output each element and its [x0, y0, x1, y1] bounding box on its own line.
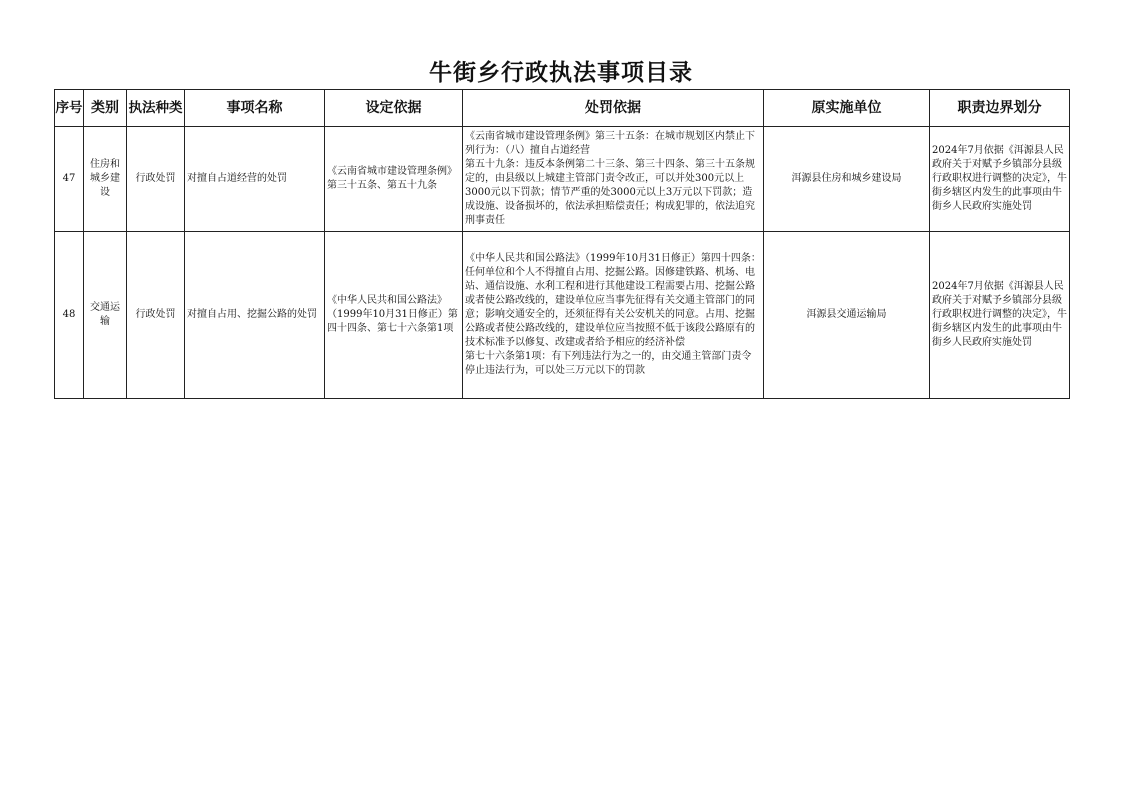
header-responsibility: 职责边界划分 — [930, 90, 1070, 127]
cell-category: 交通运输 — [84, 232, 127, 399]
header-original-unit: 原实施单位 — [764, 90, 930, 127]
penalty-basis-paragraph: 《中华人民共和国公路法》（1999年10月31日修正）第四十四条：任何单位和个人… — [465, 252, 761, 350]
cell-seq: 48 — [55, 232, 84, 399]
cell-enforcement-type: 行政处罚 — [127, 127, 185, 232]
page-title: 牛街乡行政执法事项目录 — [0, 58, 1122, 88]
cell-seq: 47 — [55, 127, 84, 232]
cell-category: 住房和城乡建设 — [84, 127, 127, 232]
header-row: 序号 类别 执法种类 事项名称 设定依据 处罚依据 原实施单位 职责边界划分 — [55, 90, 1070, 127]
header-enforcement-type: 执法种类 — [127, 90, 185, 127]
penalty-basis-paragraph: 《云南省城市建设管理条例》第三十五条：在城市规划区内禁止下列行为：（八）擅自占道… — [465, 130, 761, 158]
header-penalty-basis: 处罚依据 — [463, 90, 764, 127]
table-row: 47 住房和城乡建设 行政处罚 对擅自占道经营的处罚 《云南省城市建设管理条例》… — [55, 127, 1070, 232]
cell-enforcement-type: 行政处罚 — [127, 232, 185, 399]
penalty-basis-paragraph: 第七十六条第1项：有下列违法行为之一的，由交通主管部门责令停止违法行为，可以处三… — [465, 350, 761, 378]
cell-setting-basis: 《中华人民共和国公路法》（1999年10月31日修正）第四十四条、第七十六条第1… — [325, 232, 463, 399]
cell-responsibility: 2024年7月依据《洱源县人民政府关于对赋予乡镇部分县级行政职权进行调整的决定》… — [930, 232, 1070, 399]
cell-item-name: 对擅自占道经营的处罚 — [185, 127, 325, 232]
penalty-basis-paragraph: 第五十九条：违反本条例第二十三条、第三十四条、第三十五条规定的，由县级以上城建主… — [465, 158, 761, 228]
cell-penalty-basis: 《中华人民共和国公路法》（1999年10月31日修正）第四十四条：任何单位和个人… — [463, 232, 764, 399]
header-setting-basis: 设定依据 — [325, 90, 463, 127]
cell-penalty-basis: 《云南省城市建设管理条例》第三十五条：在城市规划区内禁止下列行为：（八）擅自占道… — [463, 127, 764, 232]
cell-item-name: 对擅自占用、挖掘公路的处罚 — [185, 232, 325, 399]
cell-original-unit: 洱源县交通运输局 — [764, 232, 930, 399]
cell-setting-basis: 《云南省城市建设管理条例》第三十五条、第五十九条 — [325, 127, 463, 232]
table-row: 48 交通运输 行政处罚 对擅自占用、挖掘公路的处罚 《中华人民共和国公路法》（… — [55, 232, 1070, 399]
cell-responsibility: 2024年7月依据《洱源县人民政府关于对赋予乡镇部分县级行政职权进行调整的决定》… — [930, 127, 1070, 232]
enforcement-catalog-table: 序号 类别 执法种类 事项名称 设定依据 处罚依据 原实施单位 职责边界划分 4… — [54, 89, 1070, 399]
header-seq: 序号 — [55, 90, 84, 127]
header-item-name: 事项名称 — [185, 90, 325, 127]
header-category: 类别 — [84, 90, 127, 127]
cell-original-unit: 洱源县住房和城乡建设局 — [764, 127, 930, 232]
